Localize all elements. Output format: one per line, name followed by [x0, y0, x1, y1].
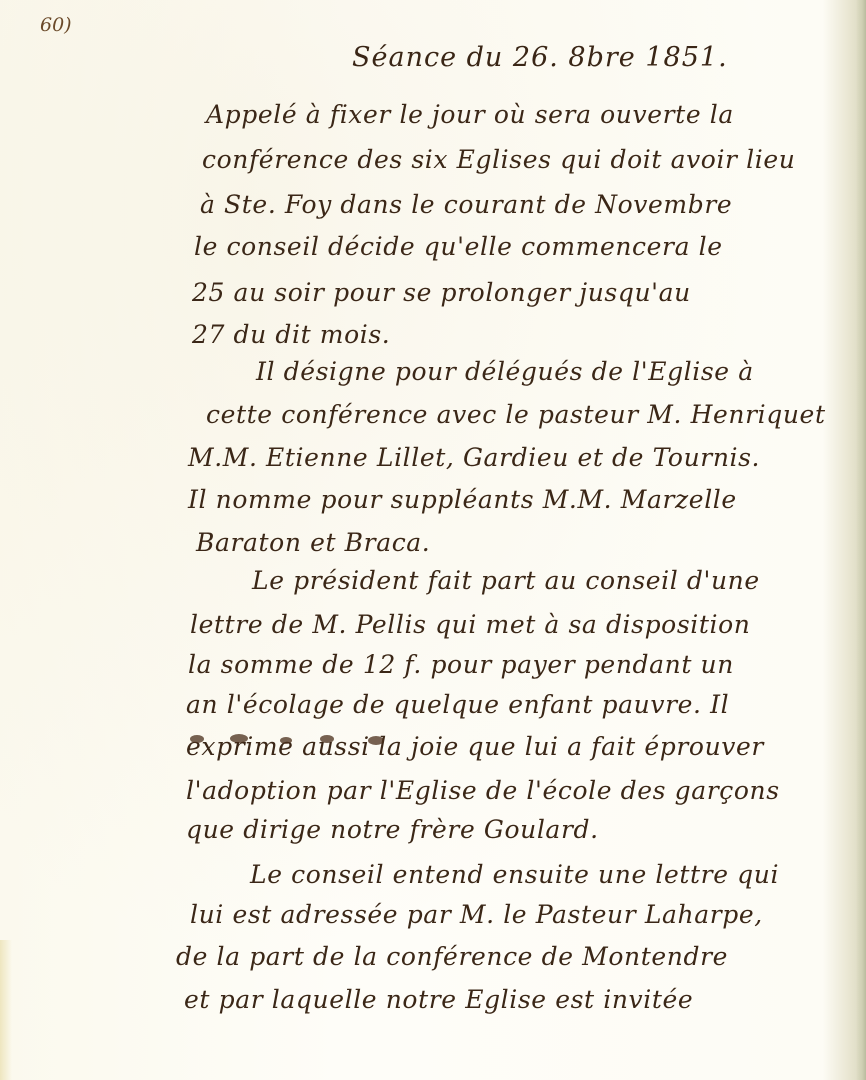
text-line: le conseil décide qu'elle commencera le	[194, 232, 723, 261]
ink-blot	[320, 735, 334, 743]
text-line: Le président fait part au conseil d'une	[252, 566, 760, 595]
text-line: exprime aussi la joie que lui a fait épr…	[186, 732, 764, 761]
paper-stain	[0, 940, 12, 1080]
text-line: la somme de 12 f. pour payer pendant un	[188, 650, 734, 679]
text-line: 25 au soir pour se prolonger jusqu'au	[192, 278, 691, 307]
text-line: à Ste. Foy dans le courant de Novembre	[200, 190, 732, 219]
text-line: Le conseil entend ensuite une lettre qui	[250, 860, 779, 889]
text-line: que dirige notre frère Goulard.	[186, 815, 599, 844]
text-line: Baraton et Braca.	[196, 528, 430, 557]
ink-blot	[280, 737, 292, 744]
ink-blot	[230, 734, 248, 743]
text-line: cette conférence avec le pasteur M. Henr…	[206, 400, 826, 429]
text-line: Il nomme pour suppléants M.M. Marzelle	[188, 485, 737, 514]
text-line: Il désigne pour délégués de l'Eglise à	[256, 357, 754, 386]
folio-number: 60)	[40, 14, 72, 36]
text-line: conférence des six Eglises qui doit avoi…	[202, 145, 795, 174]
text-line: lettre de M. Pellis qui met à sa disposi…	[190, 610, 750, 639]
text-line: an l'écolage de quelque enfant pauvre. I…	[186, 690, 729, 719]
text-line: Appelé à fixer le jour où sera ouverte l…	[206, 100, 734, 129]
text-line: lui est adressée par M. le Pasteur Lahar…	[190, 900, 763, 929]
ink-blot	[368, 736, 384, 745]
text-line: et par laquelle notre Eglise est invitée	[184, 985, 693, 1014]
text-line: 27 du dit mois.	[192, 320, 390, 349]
text-line: M.M. Etienne Lillet, Gardieu et de Tourn…	[188, 443, 760, 472]
binding-edge	[856, 0, 866, 1080]
text-line: l'adoption par l'Eglise de l'école des g…	[186, 776, 780, 805]
text-line: de la part de la conférence de Montendre	[176, 942, 728, 971]
ink-blot	[190, 735, 204, 743]
manuscript-page: 60) Séance du 26. 8bre 1851. Appelé à fi…	[0, 0, 866, 1080]
session-heading: Séance du 26. 8bre 1851.	[352, 42, 728, 73]
